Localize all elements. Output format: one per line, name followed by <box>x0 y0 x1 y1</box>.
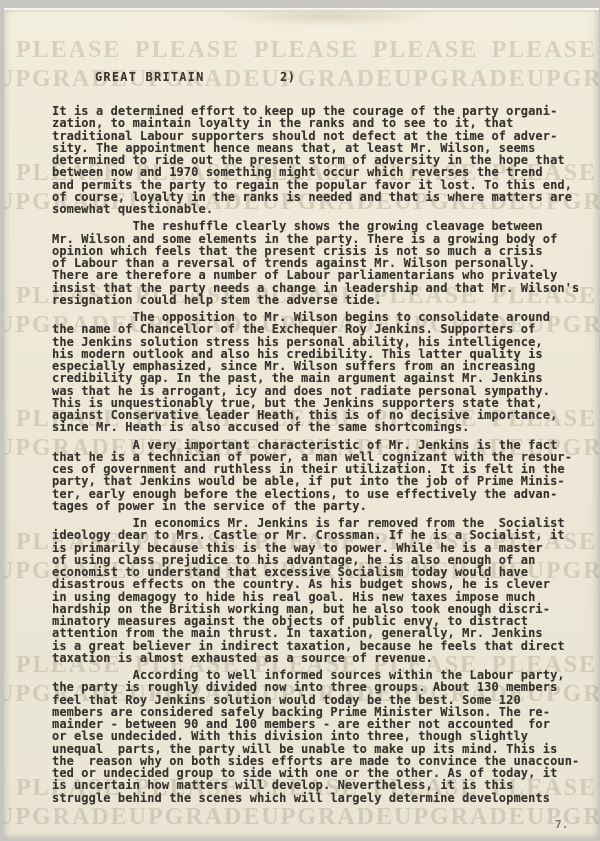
paragraph: The opposition to Mr. Wilson begins to c… <box>52 311 591 434</box>
header-page-number: 2) <box>280 70 295 84</box>
paragraph: A very important characteristic of Mr. J… <box>52 439 591 513</box>
paper: PLEASEPLEASEPLEASEPLEASEPLEASEUPGRADEUPG… <box>4 8 599 839</box>
paragraph: In economics Mr. Jenkins is far removed … <box>52 517 591 664</box>
document-body: It is a determined effort to keep up the… <box>52 105 591 809</box>
document-header: GREAT BRITAIN 2) <box>4 70 599 86</box>
paragraph: According to well informed sources withi… <box>52 669 591 804</box>
paragraph: It is a determined effort to keep up the… <box>52 105 591 215</box>
paragraph: The reshuffle clearly shows the growing … <box>52 220 591 306</box>
document-title: GREAT BRITAIN <box>95 70 205 84</box>
footer-page-number: 7. <box>555 818 568 831</box>
document-content: GREAT BRITAIN 2) It is a determined effo… <box>4 10 599 839</box>
